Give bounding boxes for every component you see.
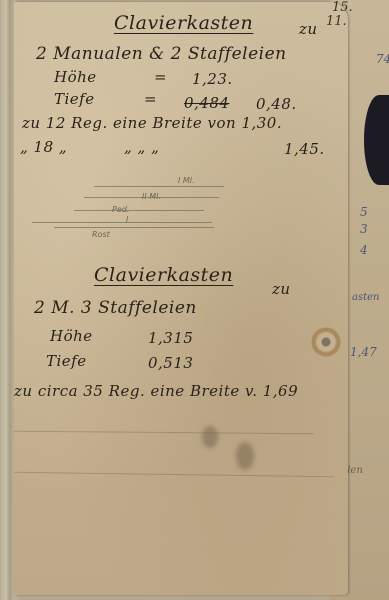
section1-height-eq: = — [154, 68, 167, 86]
section1-height-label: Höhe — [54, 68, 97, 86]
section1-width-line-2-ditto: „ „ „ — [124, 138, 159, 156]
section1-width-line-2-value: 1,45. — [284, 140, 325, 158]
sketch-line — [54, 227, 214, 228]
smudge — [202, 426, 218, 448]
section2-title-suffix: zu — [272, 280, 291, 298]
smudge — [236, 442, 254, 470]
section1-width-line-2-prefix: „ 18 „ — [20, 138, 67, 156]
sketch-label-ped: Ped. — [112, 205, 129, 214]
sketch-label-mid: II Ml. — [142, 192, 161, 201]
section1-depth-value: 0,48. — [256, 95, 297, 113]
sketch-line — [32, 222, 212, 223]
section1-depth-eq: = — [144, 90, 157, 108]
margin-note: 4 — [360, 243, 368, 257]
sketch-line — [74, 210, 204, 211]
page-number: 15. — [332, 0, 353, 15]
page-number-sub: 11. — [326, 14, 347, 29]
manuscript-page: 15. 11. Clavierkasten zu 2 Manualen & 2 … — [14, 2, 348, 595]
paper-crease — [14, 431, 314, 435]
section1-title-suffix: zu — [299, 20, 318, 38]
section2-width-line: zu circa 35 Reg. eine Breite v. 1,69 — [14, 382, 298, 400]
ink-stain — [311, 327, 341, 357]
section1-width-line-1: zu 12 Reg. eine Breite von 1,30. — [22, 114, 282, 132]
sketch-label-i: I — [126, 215, 128, 224]
section2-manuals-line: 2 M. 3 Staffeleien — [34, 298, 197, 318]
section2-height-value: 1,315 — [148, 329, 193, 347]
sketch-label-top: I Ml. — [178, 176, 195, 185]
section2-depth-label: Tiefe — [46, 352, 87, 370]
margin-note: asten — [352, 292, 379, 303]
margin-note: 74 — [376, 52, 389, 66]
section1-height-value: 1,23. — [192, 70, 233, 88]
section1-depth-struck-value: 0,484 — [184, 94, 229, 112]
section2-depth-value: 0,513 — [148, 354, 193, 372]
paper-crease — [14, 472, 334, 477]
sketch-line — [94, 186, 224, 187]
sketch-label-bottom: Rost — [92, 230, 110, 239]
margin-note: 5 — [360, 205, 368, 219]
section1-manuals-line: 2 Manualen & 2 Staffeleien — [36, 44, 287, 64]
ink-blot — [364, 95, 389, 185]
section1-title: Clavierkasten — [114, 12, 253, 34]
section2-title: Clavierkasten — [94, 264, 233, 286]
section1-depth-label: Tiefe — [54, 90, 95, 108]
margin-note: 1,47 — [350, 345, 377, 359]
section2-height-label: Höhe — [50, 327, 93, 345]
margin-note: 3 — [360, 222, 368, 236]
